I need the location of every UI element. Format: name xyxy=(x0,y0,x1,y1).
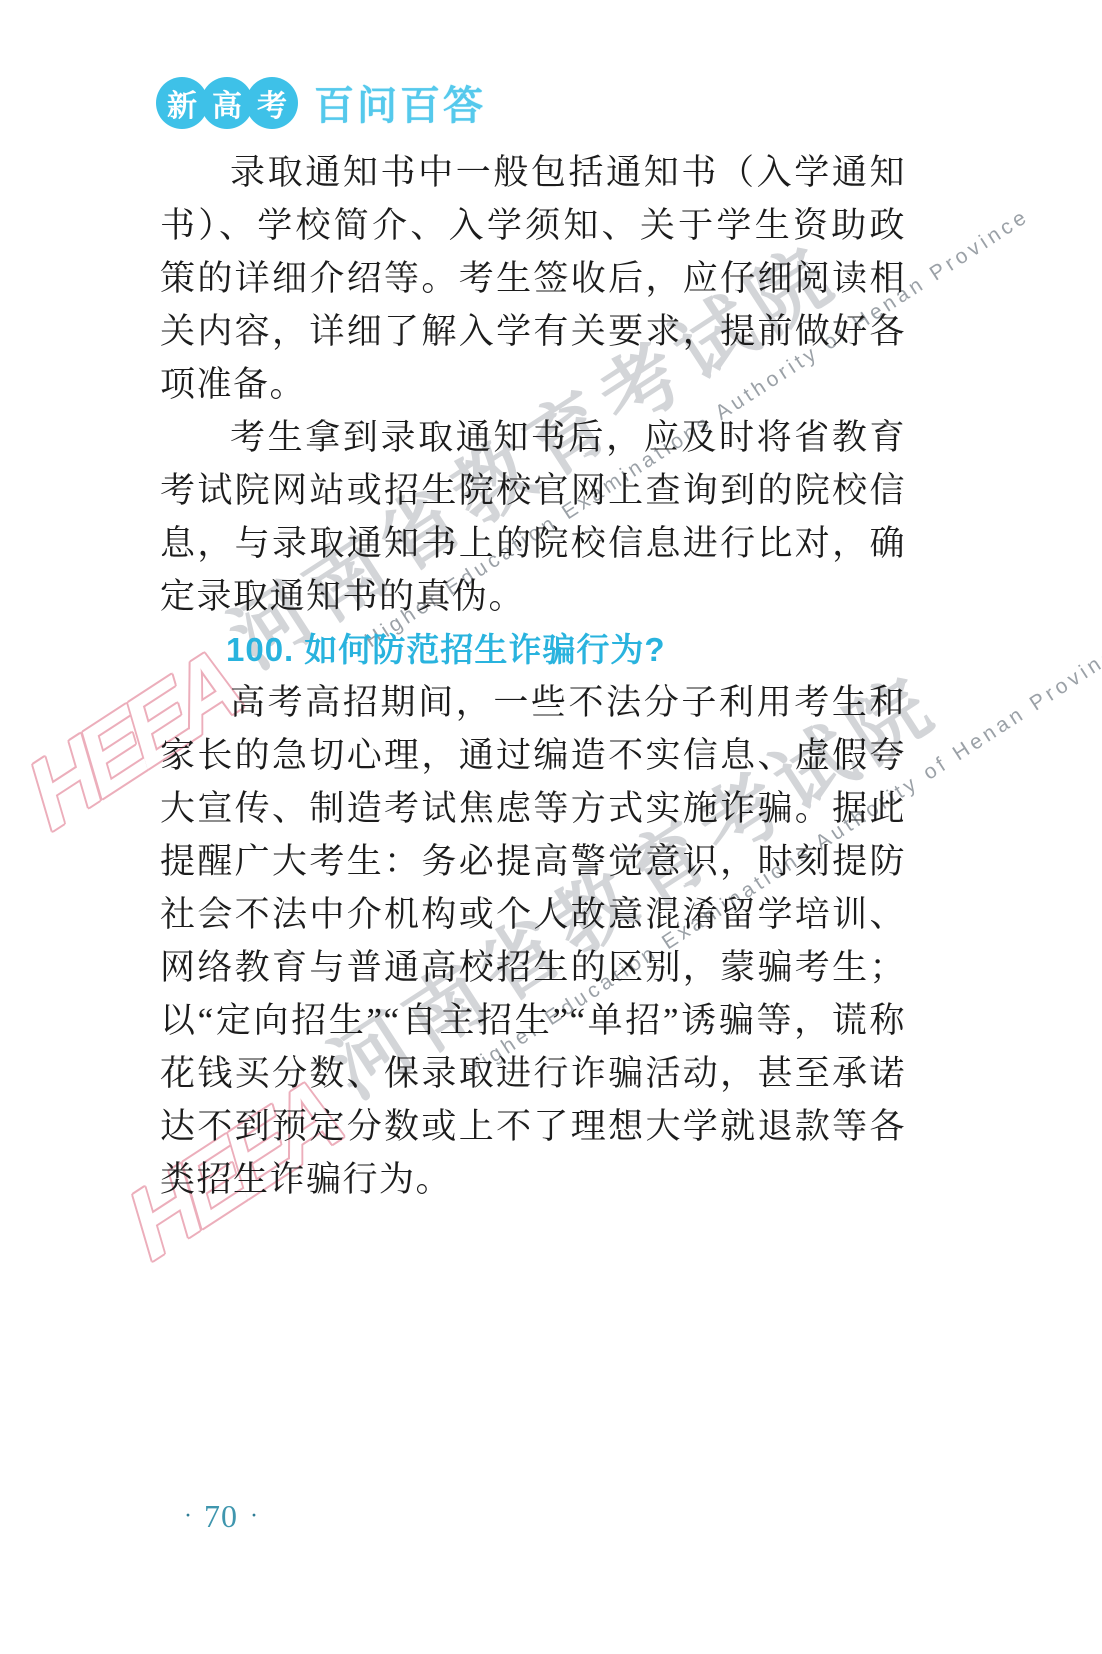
series-title: 百问百答 xyxy=(314,74,486,131)
page-footer: · 70 · xyxy=(172,1498,270,1535)
question-100-heading: 100. 如何防范招生诈骗行为? xyxy=(160,623,906,676)
footer-dot-right: · xyxy=(238,1503,270,1530)
paragraph-admission-notice: 录取通知书中一般包括通知书（入学通知书）、学校简介、入学须知、关于学生资助政策的… xyxy=(160,146,906,411)
paragraph-fraud-warning: 高考高招期间，一些不法分子利用考生和家长的急切心理，通过编造不实信息、虚假夸大宣… xyxy=(160,676,906,1206)
footer-dot-left: · xyxy=(172,1503,204,1530)
badge-circle-kao: 考 xyxy=(246,77,298,129)
book-page: HEEA 河南省教育考试院 Higher Education Examinati… xyxy=(0,0,1102,1654)
book-series-logo: 新 高 考 百问百答 xyxy=(156,74,486,131)
paragraph-verify-authenticity: 考生拿到录取通知书后，应及时将省教育考试院网站或招生院校官网上查询到的院校信息，… xyxy=(160,411,906,623)
page-number: 70 xyxy=(204,1498,238,1535)
page-content: 录取通知书中一般包括通知书（入学通知书）、学校简介、入学须知、关于学生资助政策的… xyxy=(160,146,906,1206)
